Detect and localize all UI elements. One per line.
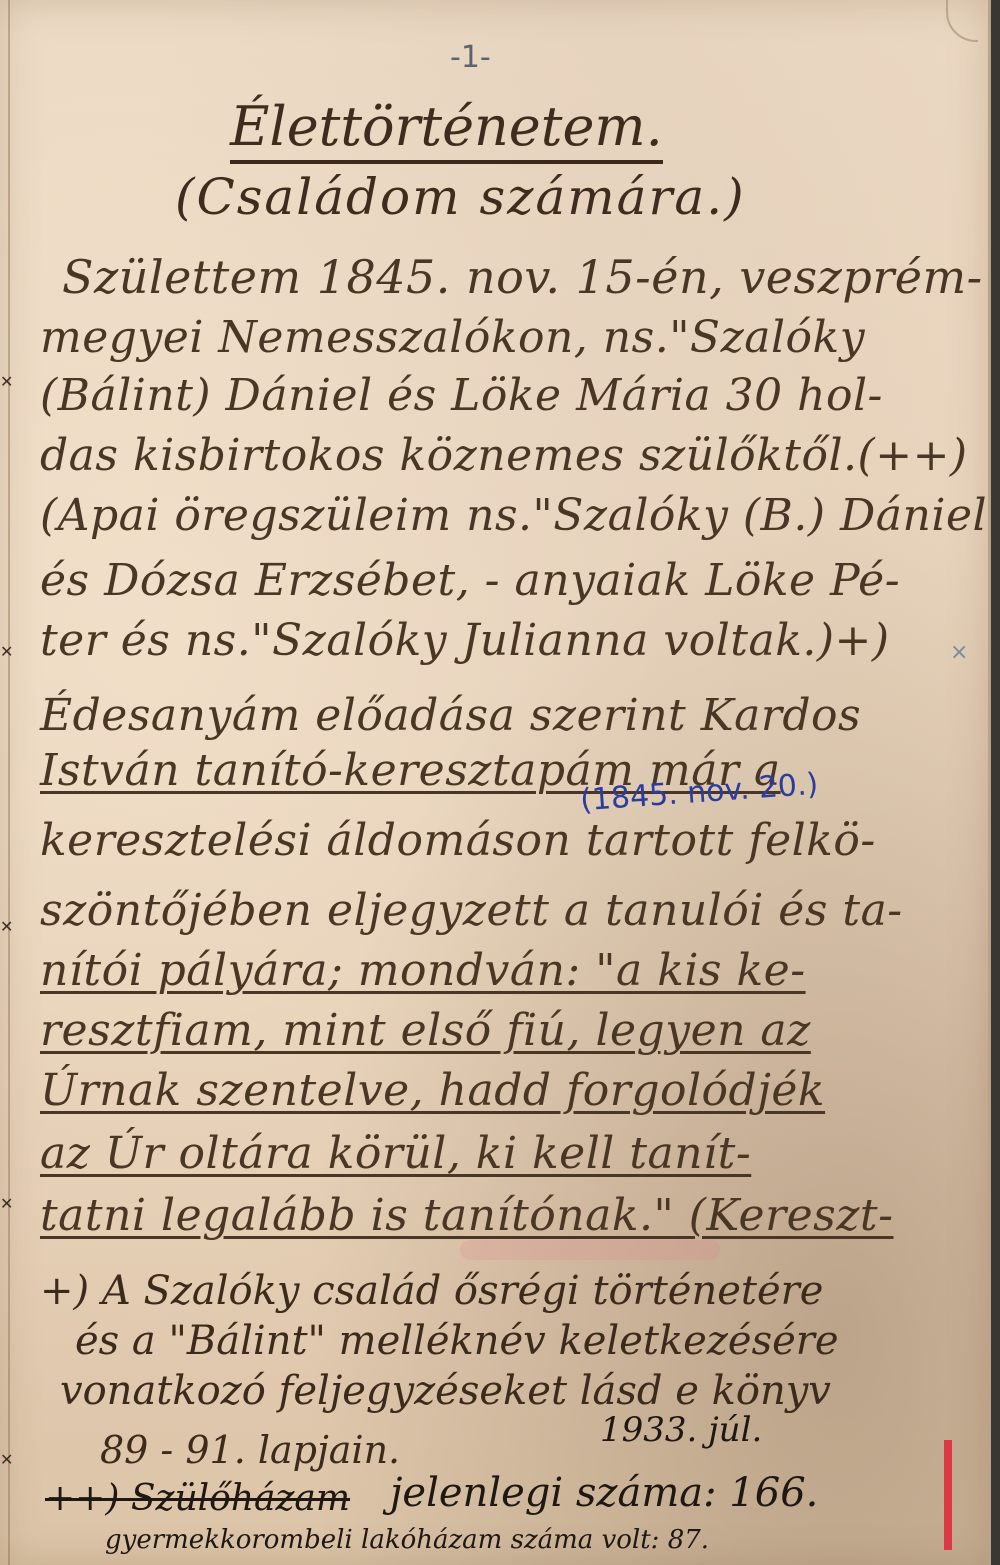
- body-line: Úrnak szentelve, hadd forgolódjék: [40, 1065, 825, 1116]
- body-line: tatni legalább is tanítónak." (Kereszt-: [40, 1190, 893, 1241]
- binding-stitch: ✕: [0, 645, 14, 659]
- body-line: Édesanyám előadása szerint Kardos: [40, 690, 861, 741]
- body-line: az Úr oltára körül, ki kell tanít-: [40, 1128, 751, 1179]
- page-corner-curl: [946, 0, 978, 42]
- binding-stitch: ✕: [0, 1453, 14, 1467]
- footnote-line: vonatkozó feljegyzéseket lásd e könyv: [60, 1368, 831, 1414]
- page-subtitle: (Családom számára.): [175, 168, 746, 226]
- binding-stitch: ✕: [0, 1197, 14, 1211]
- house-number-note: jelenlegi száma: 166.: [390, 1470, 818, 1516]
- body-line: (Apai öregszüleim ns."Szalóky (B.) Dánie…: [40, 490, 987, 541]
- body-line: Születtem 1845. nov. 15-én, veszprém-: [62, 250, 983, 304]
- binding-stitch: ✕: [0, 920, 14, 934]
- footnote-line: +) A Szalóky család ősrégi történetére: [40, 1268, 823, 1314]
- binding-stitch: ✕: [0, 375, 14, 389]
- body-line: megyei Nemesszalókon, ns."Szalóky: [40, 312, 865, 363]
- footnote-line: és a "Bálint" melléknév keletkezésére: [75, 1318, 839, 1364]
- red-pencil-mark: [944, 1440, 952, 1550]
- binding-line: [8, 0, 10, 1565]
- date-note: 1933. júl.: [600, 1410, 762, 1450]
- page-reference: 89 - 91. lapjain.: [100, 1428, 400, 1472]
- margin-pencil-mark: ×: [950, 640, 968, 665]
- page-title: Élettörténetem.: [230, 95, 663, 164]
- page-number: -1-: [450, 40, 491, 75]
- body-line: resztfiam, mint első fiú, legyen az: [40, 1005, 811, 1056]
- manuscript-page: ✕ ✕ ✕ ✕ ✕ -1- Élettörténetem. (Családom …: [0, 0, 991, 1565]
- body-line: keresztelési áldomáson tartott felkö-: [40, 815, 876, 866]
- body-line: nítói pályára; mondván: "a kis ke-: [40, 945, 806, 996]
- body-line: és Dózsa Erzsébet, - anyaiak Löke Pé-: [40, 555, 900, 606]
- faded-stamp: [460, 1240, 720, 1260]
- childhood-house-note: gyermekkorombeli lakóházam száma volt: 8…: [105, 1525, 709, 1555]
- body-line: ter és ns."Szalóky Julianna voltak.)+): [40, 615, 890, 666]
- struck-footnote: ++) Szülőházam: [45, 1478, 350, 1519]
- body-line: (Bálint) Dániel és Löke Mária 30 hol-: [40, 370, 883, 421]
- body-line: das kisbirtokos köznemes szülőktől.(++): [40, 430, 968, 481]
- body-line: szöntőjében eljegyzett a tanulói és ta-: [40, 885, 903, 936]
